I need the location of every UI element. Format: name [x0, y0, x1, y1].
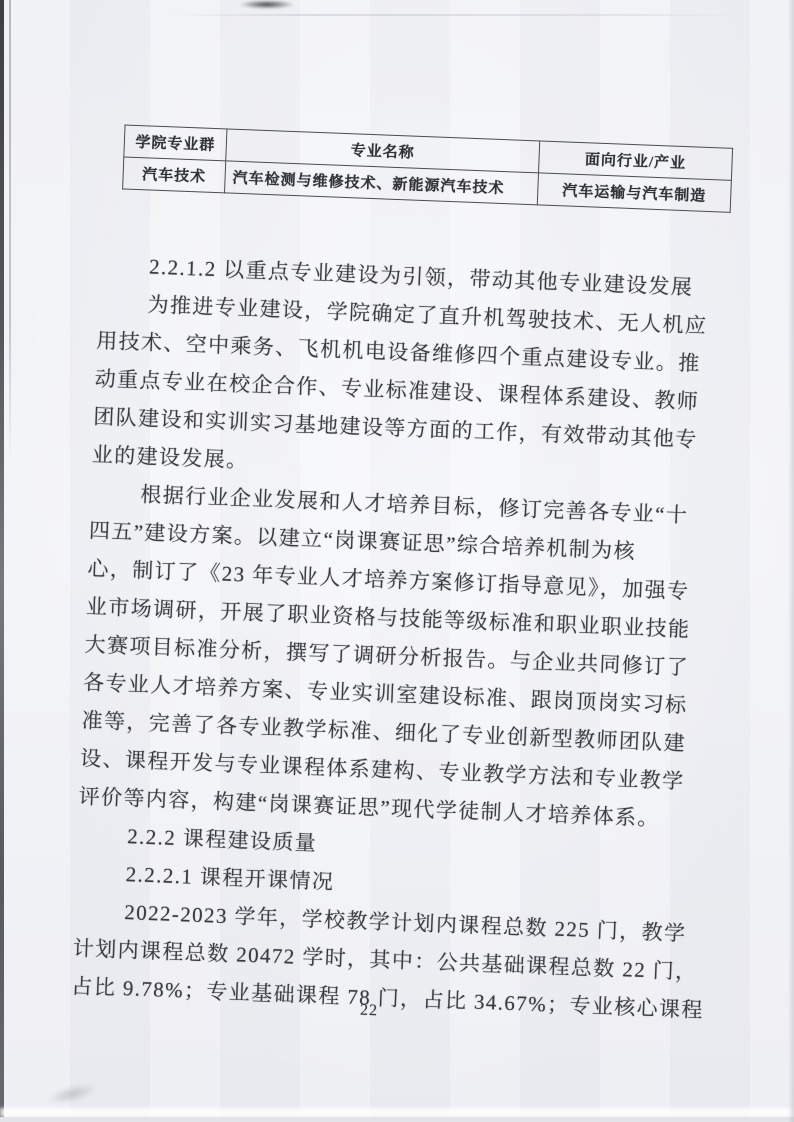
table-cell-college-group: 汽车技术 [123, 157, 226, 193]
scan-artifact-spine-line [9, 0, 11, 460]
table-header-college-group: 学院专业群 [124, 125, 227, 161]
scan-artifact-bottom-gray-strip [0, 1117, 794, 1122]
table-cell-industry: 汽车运输与汽车制造 [537, 173, 731, 212]
scanned-document-page: 学院专业群 专业名称 面向行业/产业 汽车技术 汽车检测与维修技术、新能源汽车技… [0, 0, 794, 1122]
scan-artifact-top-smudge [240, 0, 294, 9]
page-content: 学院专业群 专业名称 面向行业/产业 汽车技术 汽车检测与维修技术、新能源汽车技… [26, 112, 740, 1029]
scan-artifact-left-edge [0, 0, 4, 1122]
scan-artifact-top-edge-line [170, 14, 740, 16]
majors-table: 学院专业群 专业名称 面向行业/产业 汽车技术 汽车检测与维修技术、新能源汽车技… [122, 124, 733, 212]
scan-artifact-bottom-white-band [0, 1108, 794, 1117]
page-number: 22 [360, 1002, 379, 1021]
body-text: 2.2.1.2 以重点专业建设为引领，带动其他专业建设发展 为推进专业建设，学院… [71, 246, 715, 1029]
scan-artifact-bottom-left-smudge [45, 1080, 99, 1108]
scan-artifact-right-edge [788, 0, 794, 1122]
